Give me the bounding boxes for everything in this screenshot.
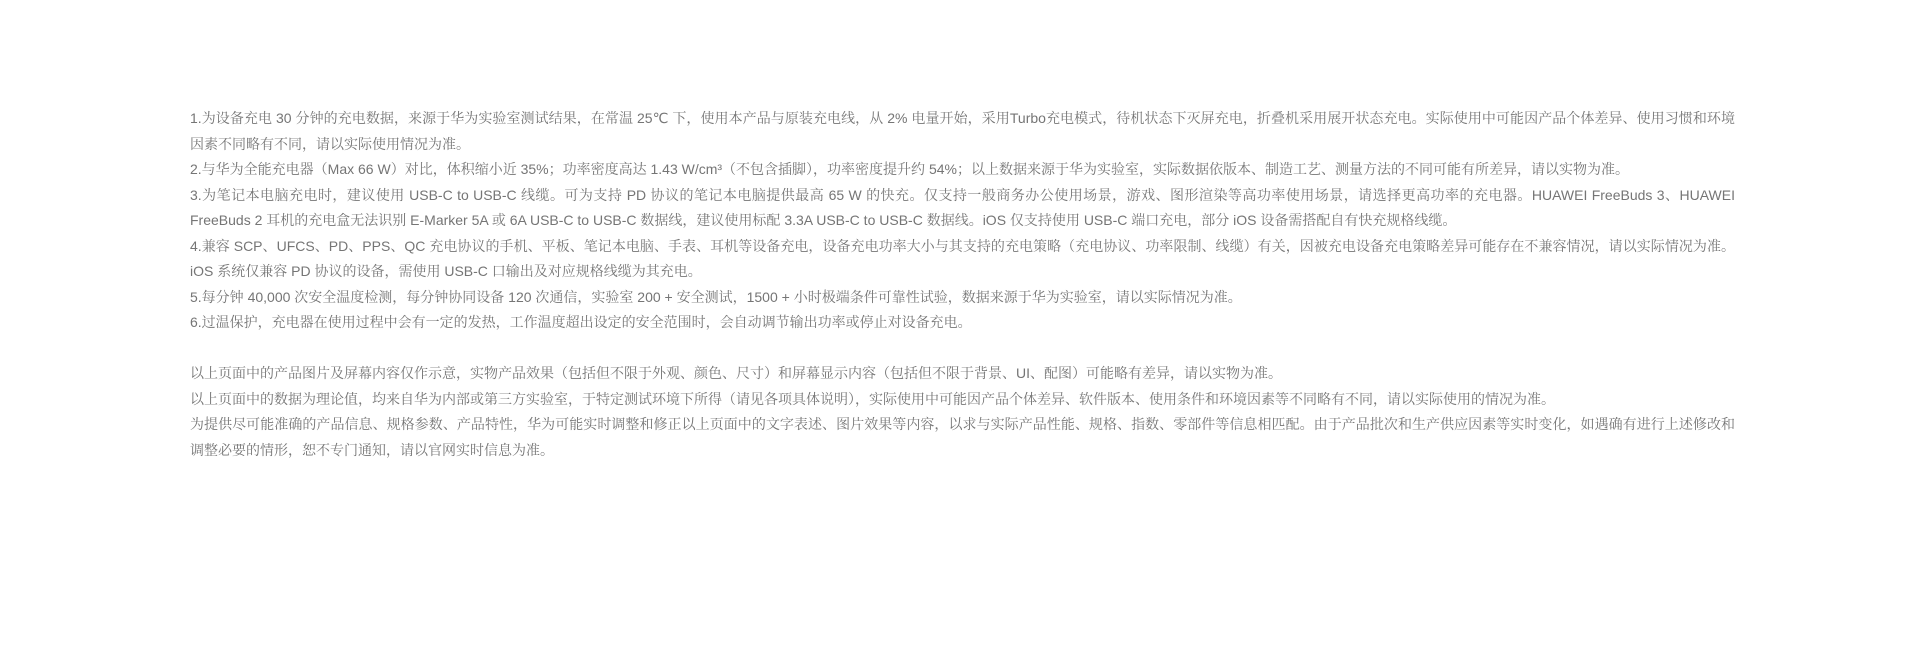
footnote-item-4: 4.兼容 SCP、UFCS、PD、PPS、QC 充电协议的手机、平板、笔记本电脑… [190,234,1735,285]
footnote-item-5: 5.每分钟 40,000 次安全温度检测，每分钟协同设备 120 次通信，实验室… [190,285,1735,311]
disclaimer-section: 1.为设备充电 30 分钟的充电数据，来源于华为实验室测试结果，在常温 25℃ … [190,106,1735,463]
general-disclaimers-block: 以上页面中的产品图片及屏幕内容仅作示意，实物产品效果（包括但不限于外观、颜色、尺… [190,361,1735,463]
footnote-item-3: 3.为笔记本电脑充电时，建议使用 USB-C to USB-C 线缆。可为支持 … [190,183,1735,234]
disclaimer-paragraph-2: 以上页面中的数据为理论值，均来自华为内部或第三方实验室，于特定测试环境下所得（请… [190,387,1735,413]
footnote-item-2: 2.与华为全能充电器（Max 66 W）对比，体积缩小近 35%；功率密度高达 … [190,157,1735,183]
disclaimer-paragraph-1: 以上页面中的产品图片及屏幕内容仅作示意，实物产品效果（包括但不限于外观、颜色、尺… [190,361,1735,387]
footnotes-block: 1.为设备充电 30 分钟的充电数据，来源于华为实验室测试结果，在常温 25℃ … [190,106,1735,336]
footnote-item-6: 6.过温保护，充电器在使用过程中会有一定的发热，工作温度超出设定的安全范围时，会… [190,310,1735,336]
disclaimer-paragraph-3: 为提供尽可能准确的产品信息、规格参数、产品特性，华为可能实时调整和修正以上页面中… [190,412,1735,463]
footnote-item-1: 1.为设备充电 30 分钟的充电数据，来源于华为实验室测试结果，在常温 25℃ … [190,106,1735,157]
